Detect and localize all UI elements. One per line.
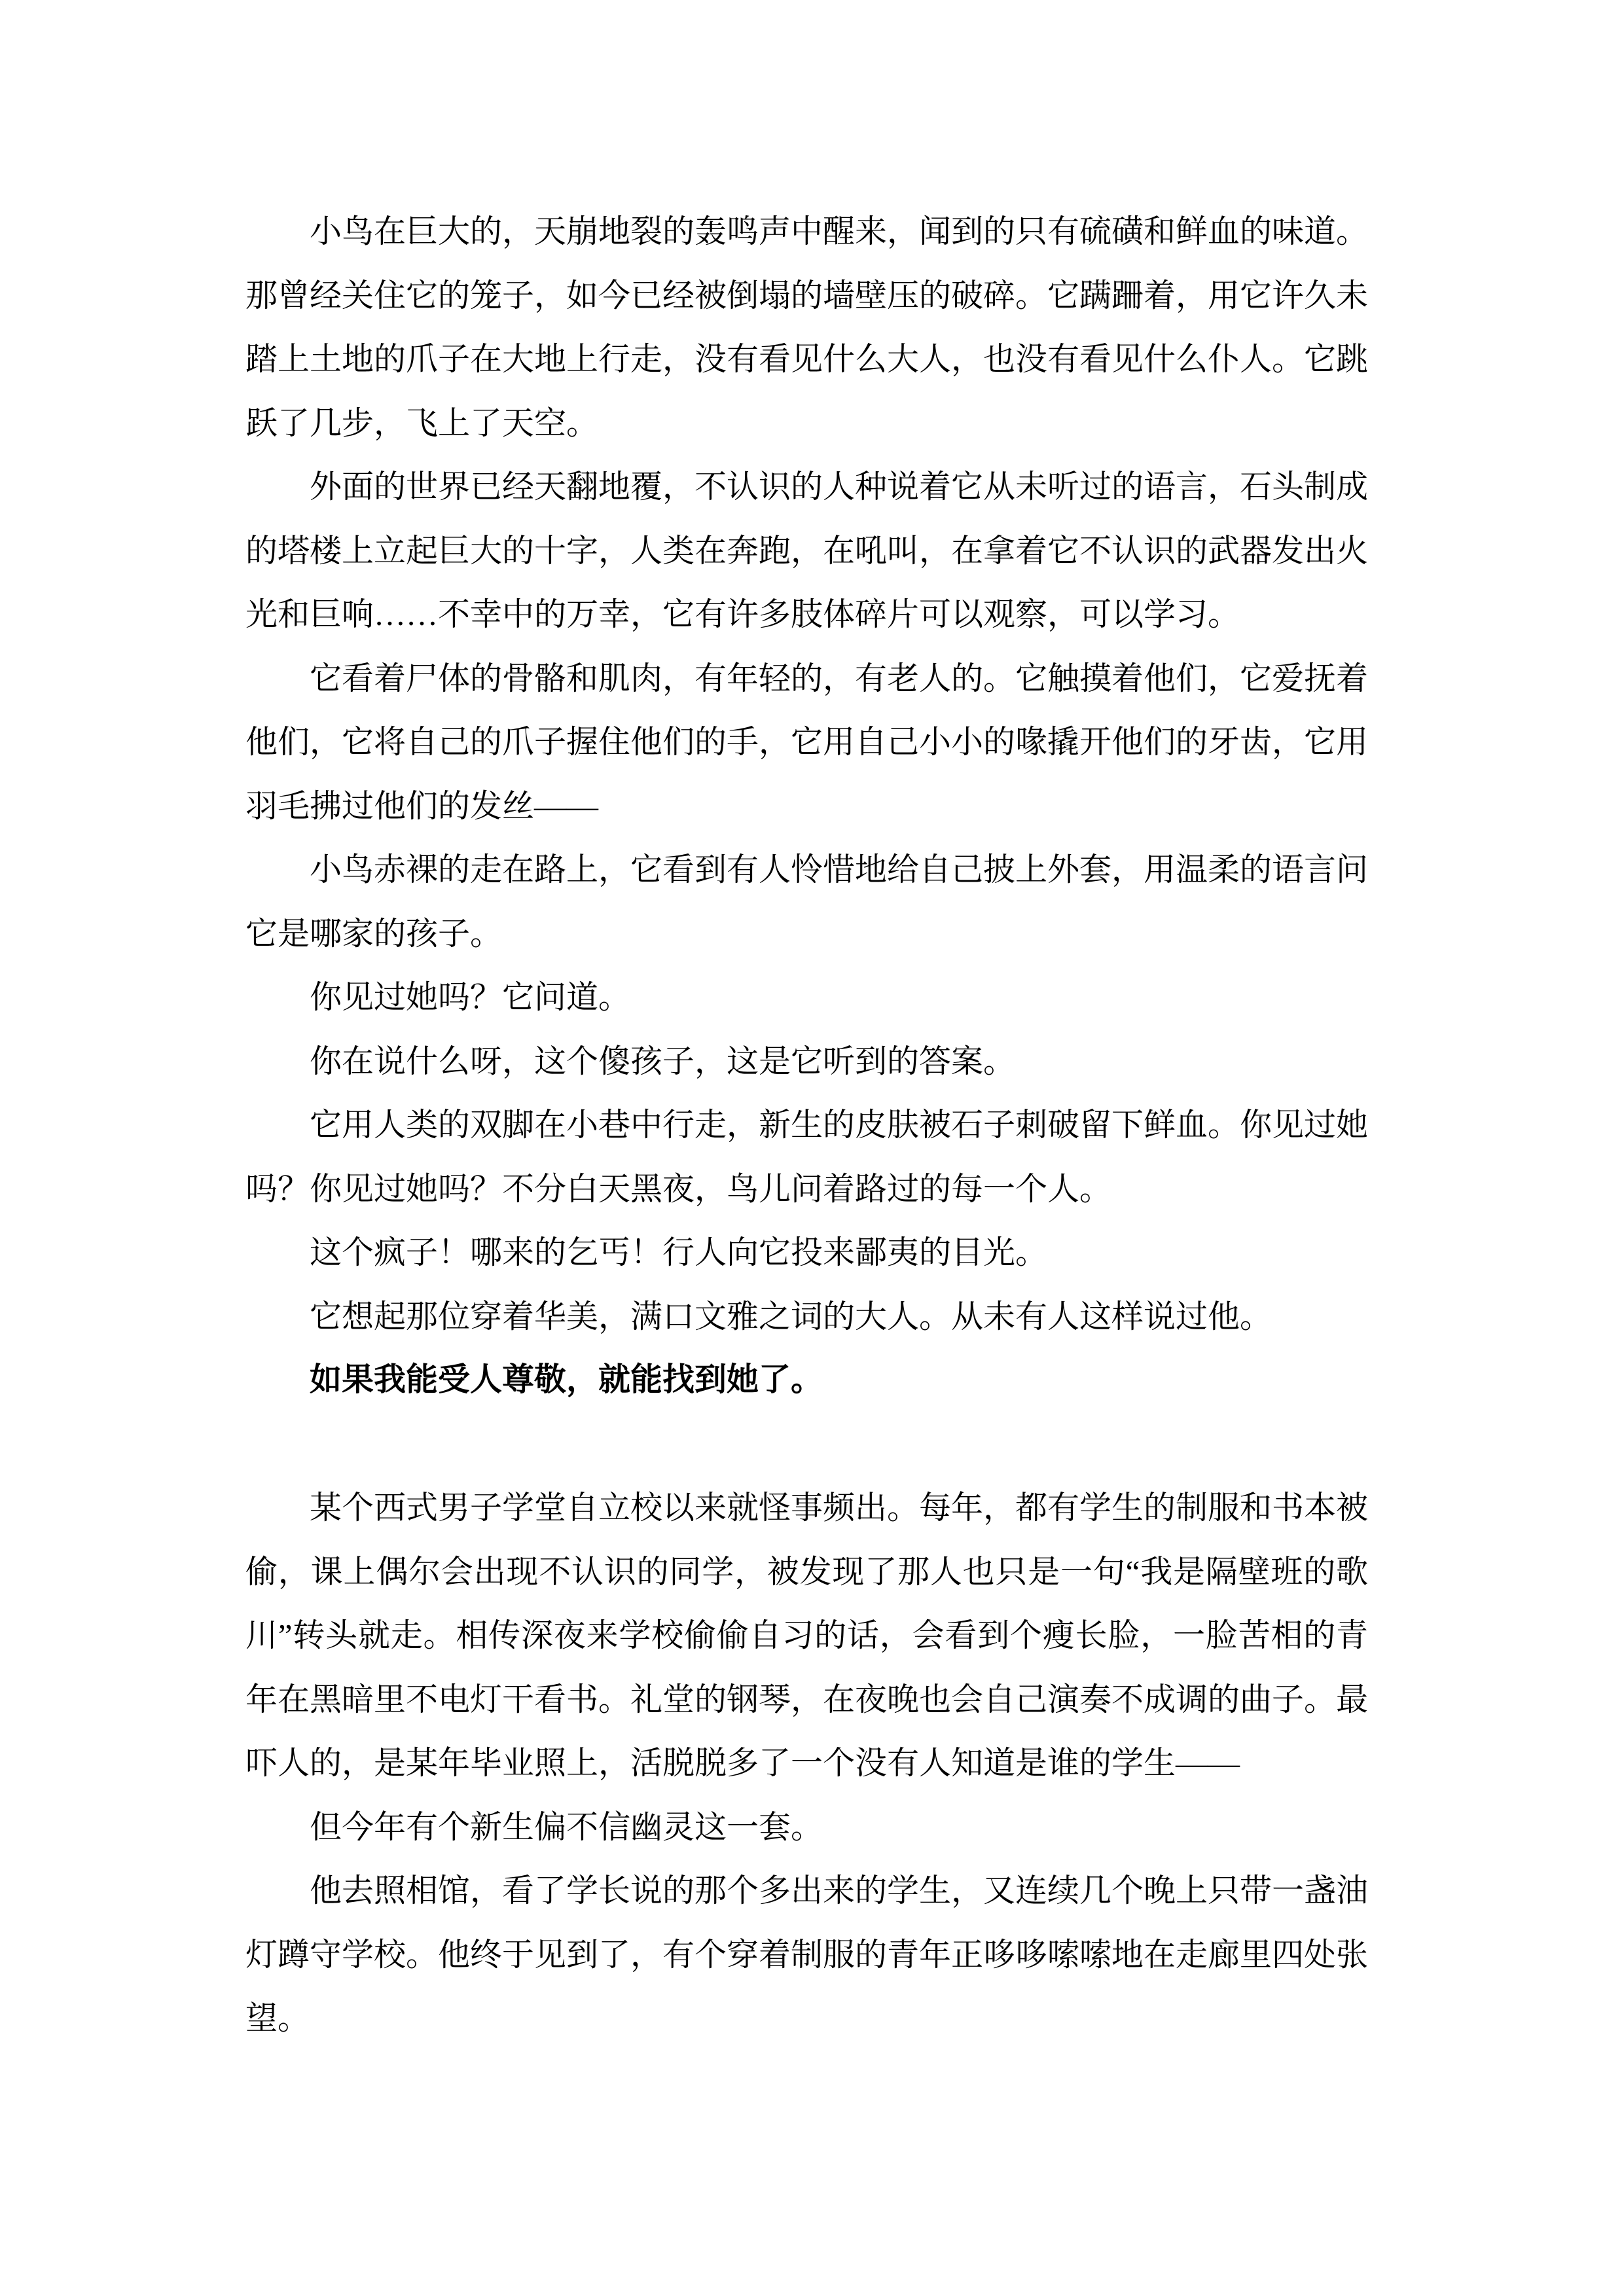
paragraph: 小鸟在巨大的，天崩地裂的轰鸣声中醒来，闻到的只有硫磺和鲜血的味道。那曾经关住它的… xyxy=(245,200,1368,455)
paragraph: 它想起那位穿着华美，满口文雅之词的大人。从未有人这样说过他。 xyxy=(245,1285,1368,1349)
paragraph: 它用人类的双脚在小巷中行走，新生的皮肤被石子刺破留下鲜血。你见过她吗？你见过她吗… xyxy=(245,1093,1368,1221)
paragraph: 外面的世界已经天翻地覆，不认识的人种说着它从未听过的语言，石头制成的塔楼上立起巨… xyxy=(245,455,1368,647)
paragraph: 他去照相馆，看了学长说的那个多出来的学生，又连续几个晚上只带一盏油灯蹲守学校。他… xyxy=(245,1859,1368,2051)
paragraph: 某个西式男子学堂自立校以来就怪事频出。每年，都有学生的制服和书本被偷，课上偶尔会… xyxy=(245,1476,1368,1795)
text-body: 小鸟在巨大的，天崩地裂的轰鸣声中醒来，闻到的只有硫磺和鲜血的味道。那曾经关住它的… xyxy=(245,200,1368,2051)
paragraph: 小鸟赤裸的走在路上，它看到有人怜惜地给自己披上外套，用温柔的语言问它是哪家的孩子… xyxy=(245,838,1368,965)
bold-paragraph: 如果我能受人尊敬，就能找到她了。 xyxy=(245,1348,1368,1412)
empty-line xyxy=(245,1412,1368,1477)
document-page: 小鸟在巨大的，天崩地裂的轰鸣声中醒来，闻到的只有硫磺和鲜血的味道。那曾经关住它的… xyxy=(0,0,1624,2296)
paragraph: 但今年有个新生偏不信幽灵这一套。 xyxy=(245,1795,1368,1859)
paragraph: 这个疯子！哪来的乞丐！行人向它投来鄙夷的目光。 xyxy=(245,1221,1368,1285)
paragraph: 你见过她吗？它问道。 xyxy=(245,965,1368,1030)
paragraph: 你在说什么呀，这个傻孩子，这是它听到的答案。 xyxy=(245,1030,1368,1094)
paragraph: 它看着尸体的骨骼和肌肉，有年轻的，有老人的。它触摸着他们，它爱抚着他们，它将自己… xyxy=(245,647,1368,838)
